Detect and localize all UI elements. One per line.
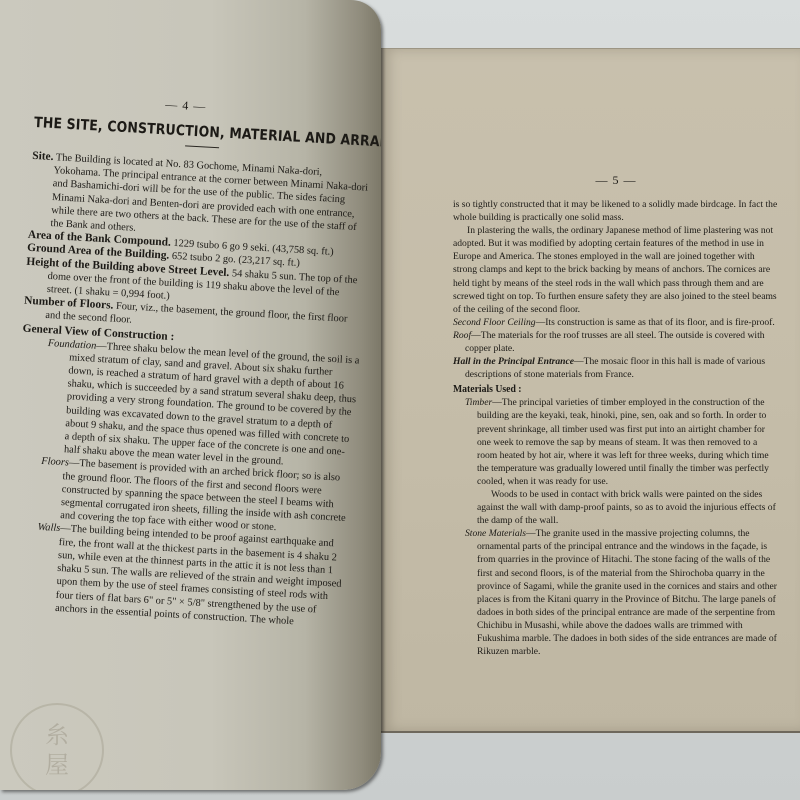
item-text: —The principal varieties of timber emplo…	[477, 397, 769, 487]
item-text: —The basement is provided with an arched…	[60, 458, 346, 533]
item-label: Walls	[37, 522, 60, 534]
stone-materials-item: Stone Materials—The granite used in the …	[465, 527, 779, 658]
watermark-char: 糸	[45, 720, 69, 750]
item-text: —Three shaku below the mean level of the…	[64, 340, 360, 467]
item-label: Roof	[453, 330, 471, 341]
seal-watermark: 糸 屋	[10, 703, 104, 790]
left-page: — 4 — THE SITE, CONSTRUCTION, MATERIAL A…	[0, 0, 381, 790]
item-label: Foundation	[48, 338, 97, 352]
right-page: — 5 — is so tightly constructed that it …	[381, 48, 800, 733]
timber-item: Timber—The principal varieties of timber…	[465, 396, 779, 488]
site-text: The Building is located at No. 83 Gochom…	[50, 152, 368, 234]
title-rule	[185, 145, 219, 148]
watermark-char: 屋	[45, 750, 69, 780]
item-label: Floors	[41, 456, 69, 469]
site-label: Site.	[32, 150, 54, 163]
left-page-content: — 4 — THE SITE, CONSTRUCTION, MATERIAL A…	[7, 90, 374, 631]
item-label: Hall in the Principal Entrance	[453, 356, 574, 367]
walls-item: Walls—The building being intended to be …	[7, 520, 350, 631]
item-text: —The materials for the roof trusses are …	[465, 330, 765, 354]
continuation-paragraph: is so tightly constructed that it may be…	[453, 198, 779, 224]
item-text: —Its construction is same as that of its…	[536, 317, 775, 328]
item-label: Stone Materials	[465, 528, 526, 539]
page-number-right: — 5 —	[453, 173, 779, 188]
second-floor-ceiling-item: Second Floor Ceiling—Its construction is…	[453, 316, 779, 329]
item-label: Timber	[465, 397, 492, 408]
item-text: —The granite used in the massive project…	[477, 528, 777, 657]
right-page-content: — 5 — is so tightly constructed that it …	[453, 173, 779, 658]
plastering-paragraph: In plastering the walls, the ordinary Ja…	[453, 224, 779, 316]
chapter-title: THE SITE, CONSTRUCTION, MATERIAL AND ARR…	[34, 115, 325, 147]
foundation-item: Foundation—Three shaku below the mean le…	[16, 335, 360, 473]
materials-used-heading: Materials Used :	[453, 383, 746, 395]
woods-paragraph: Woods to be used in contact with brick w…	[465, 488, 779, 527]
roof-item: Roof—The materials for the roof trusses …	[453, 329, 779, 355]
hall-item: Hall in the Principal Entrance—The mosai…	[453, 355, 779, 381]
item-text: —The building being intended to be proof…	[55, 524, 342, 627]
item-label: Second Floor Ceiling	[453, 317, 536, 328]
